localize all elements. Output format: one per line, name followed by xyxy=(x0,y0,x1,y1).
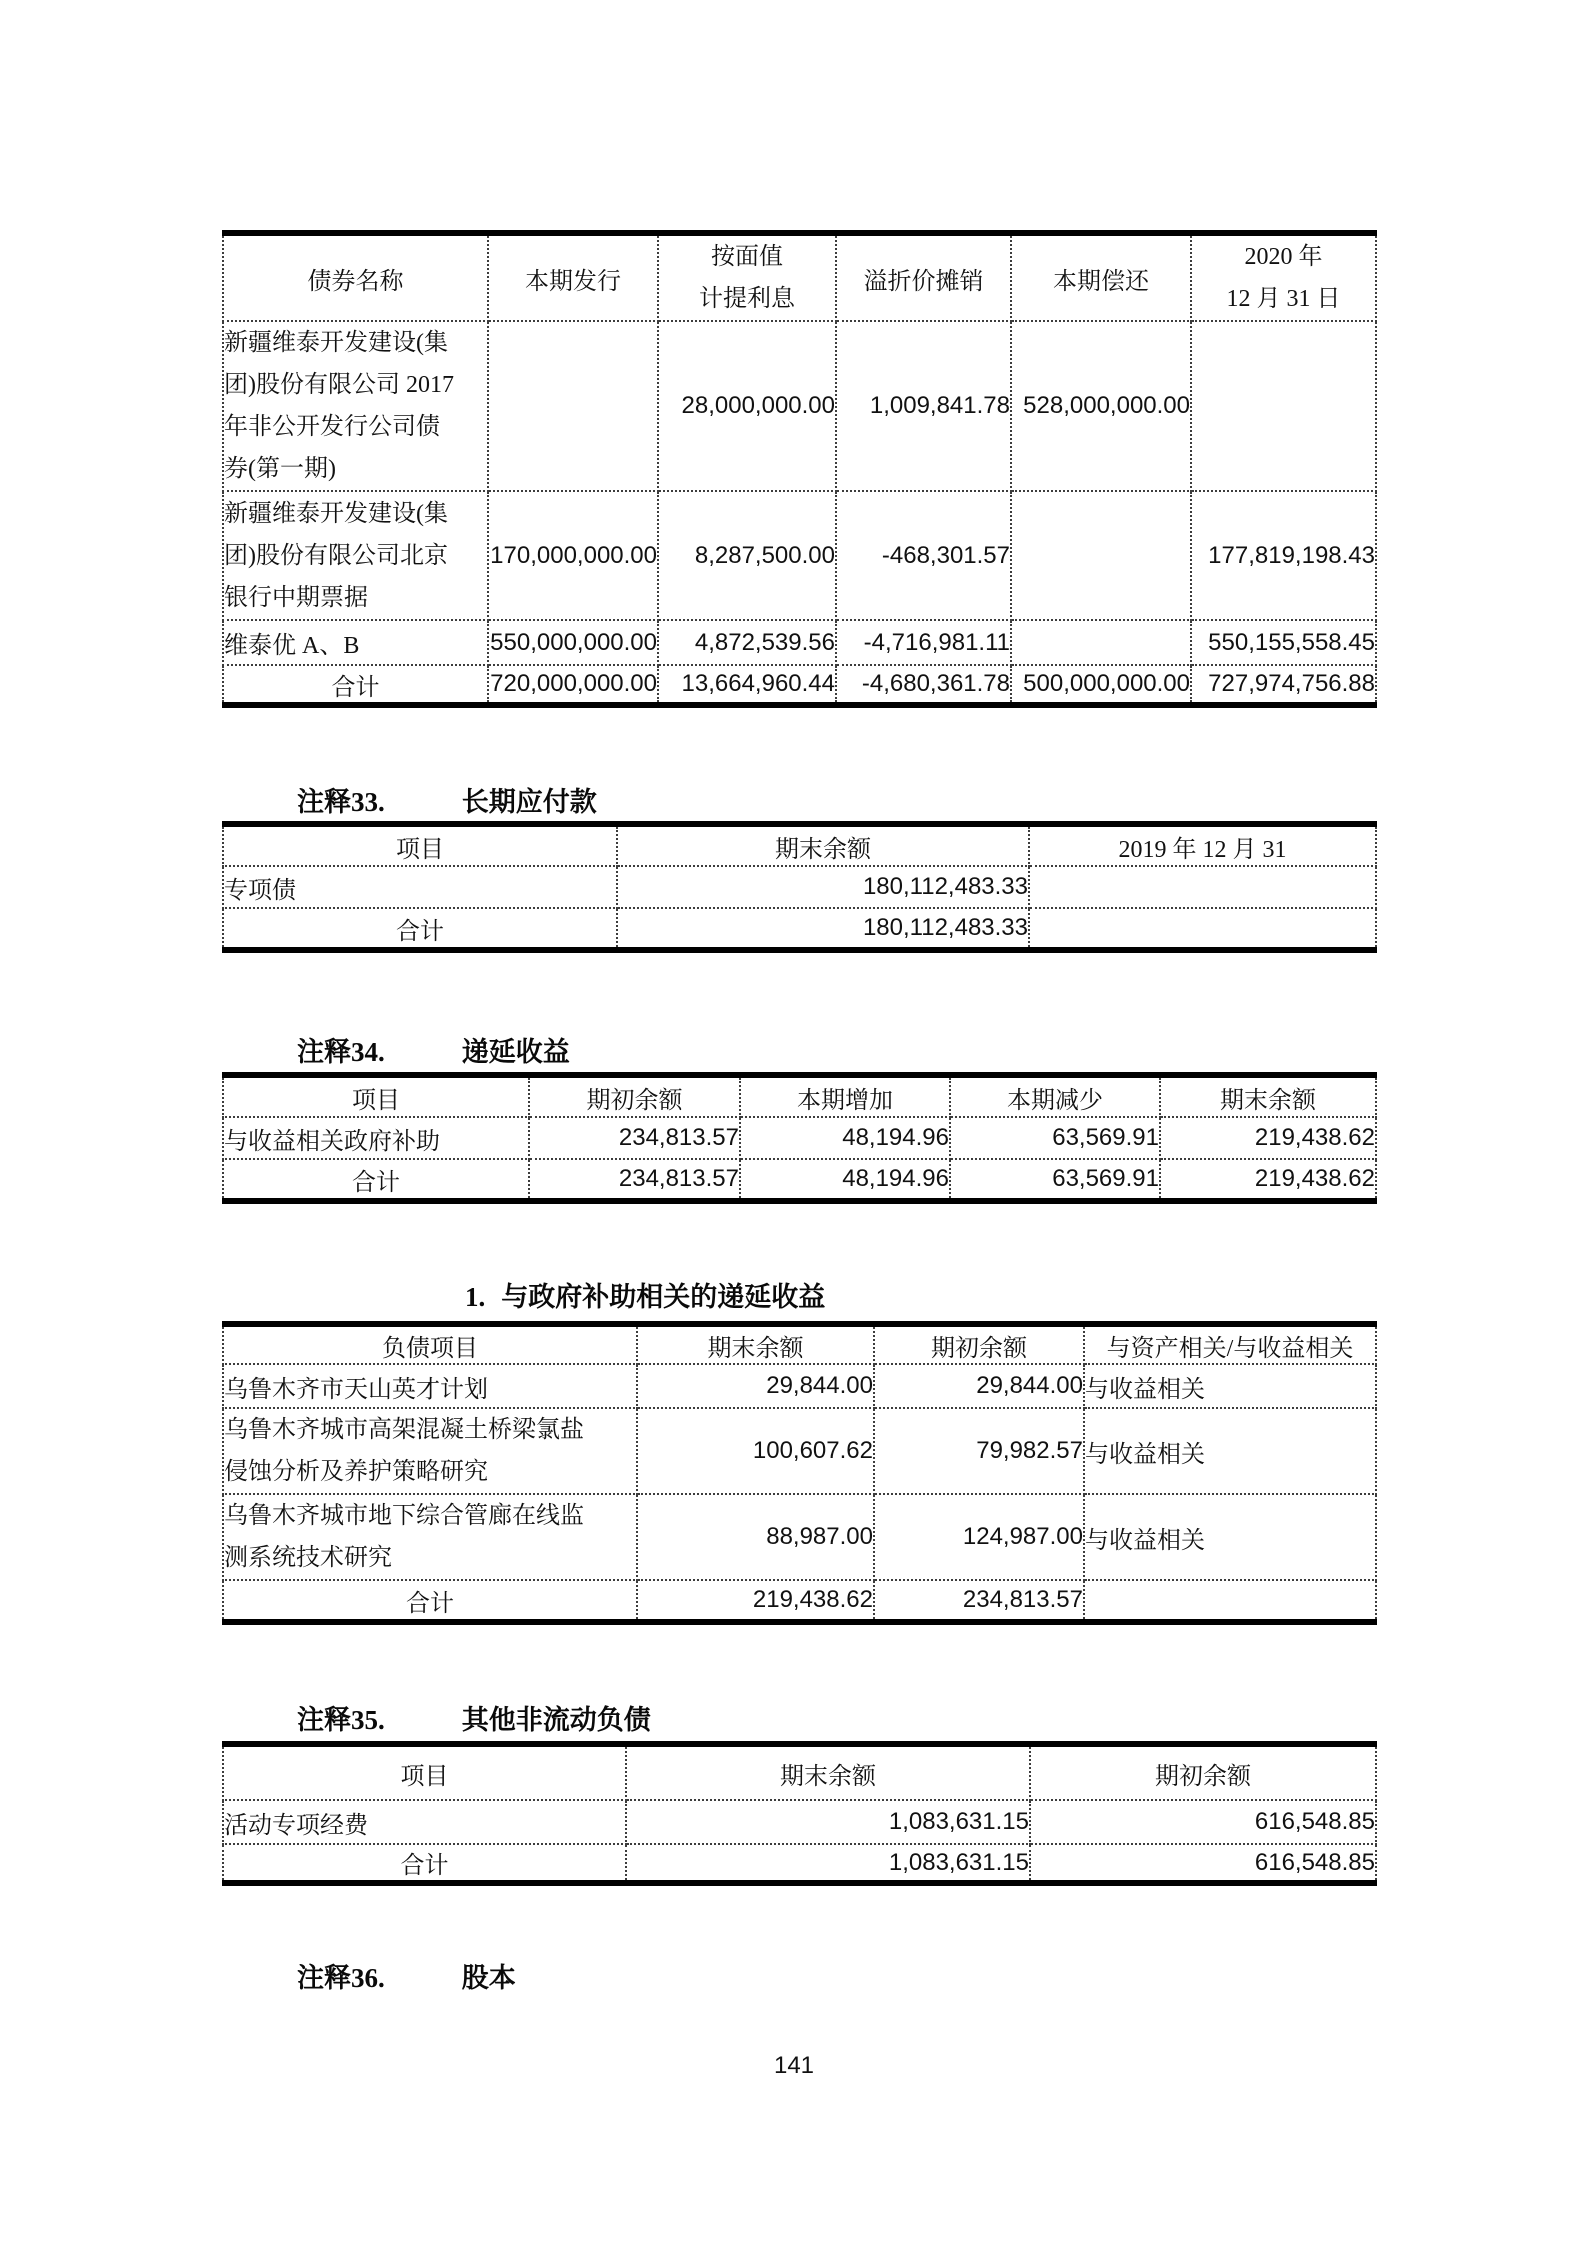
column-header: 期末余额 xyxy=(626,1744,1030,1800)
cell-value: 234,813.57 xyxy=(529,1159,740,1201)
total-row: 合计 234,813.57 48,194.96 63,569.91 219,43… xyxy=(223,1159,1376,1201)
column-header: 本期增加 xyxy=(740,1075,950,1117)
cell-value xyxy=(1029,908,1376,950)
document-page: 债券名称 本期发行 按面值 计提利息 溢折价摊销 本期偿还 2020 年 12 … xyxy=(0,0,1588,2245)
cell-value: 48,194.96 xyxy=(740,1117,950,1159)
subsection-number: 1. xyxy=(465,1282,485,1312)
row-label: 专项债 xyxy=(223,866,617,908)
cell-value xyxy=(488,321,658,491)
section-number: 注释36. xyxy=(297,1963,385,1993)
cell-value: 1,009,841.78 xyxy=(836,321,1011,491)
column-header-line: 12 月 31 日 xyxy=(1192,278,1375,320)
table-header-row: 项目 期末余额 期初余额 xyxy=(223,1744,1376,1800)
cell-value: -4,716,981.11 xyxy=(836,620,1011,665)
row-label: 乌鲁木齐城市高架混凝土桥梁氯盐 侵蚀分析及养护策略研究 xyxy=(223,1408,637,1494)
page-number: 141 xyxy=(0,2052,1588,2080)
row-label: 与收益相关政府补助 xyxy=(223,1117,529,1159)
cell-value xyxy=(1029,866,1376,908)
row-label-line: 新疆维泰开发建设(集 xyxy=(224,493,487,535)
bonds-header-row: 债券名称 本期发行 按面值 计提利息 溢折价摊销 本期偿还 2020 年 12 … xyxy=(223,233,1376,321)
cell-value: 63,569.91 xyxy=(950,1159,1160,1201)
column-header: 溢折价摊销 xyxy=(836,233,1011,321)
total-label: 合计 xyxy=(223,1580,637,1622)
total-label: 合计 xyxy=(223,908,617,950)
row-label: 维泰优 A、B xyxy=(223,620,488,665)
cell-value: 与收益相关 xyxy=(1084,1364,1376,1408)
other-noncurrent-liabilities-table: 项目 期末余额 期初余额 活动专项经费 1,083,631.15 616,548… xyxy=(222,1741,1377,1886)
table-row: 专项债 180,112,483.33 xyxy=(223,866,1376,908)
cell-value: 79,982.57 xyxy=(874,1408,1084,1494)
column-header: 本期偿还 xyxy=(1011,233,1191,321)
table-row: 与收益相关政府补助 234,813.57 48,194.96 63,569.91… xyxy=(223,1117,1376,1159)
column-header: 项目 xyxy=(223,824,617,866)
cell-value: 234,813.57 xyxy=(529,1117,740,1159)
cell-value: 29,844.00 xyxy=(874,1364,1084,1408)
table-row: 新疆维泰开发建设(集 团)股份有限公司北京 银行中期票据 170,000,000… xyxy=(223,491,1376,620)
cell-value: 616,548.85 xyxy=(1030,1800,1376,1844)
cell-value: 180,112,483.33 xyxy=(617,866,1029,908)
column-header: 本期减少 xyxy=(950,1075,1160,1117)
section-title-text: 股本 xyxy=(462,1963,516,1993)
section-title-note33: 注释33.长期应付款 xyxy=(297,782,597,822)
column-header: 期末余额 xyxy=(617,824,1029,866)
cell-value: 48,194.96 xyxy=(740,1159,950,1201)
table-row: 新疆维泰开发建设(集 团)股份有限公司 2017 年非公开发行公司债 券(第一期… xyxy=(223,321,1376,491)
total-label: 合计 xyxy=(223,665,488,705)
section-title-text: 长期应付款 xyxy=(462,787,597,817)
total-row: 合计 1,083,631.15 616,548.85 xyxy=(223,1844,1376,1883)
cell-value: 720,000,000.00 xyxy=(488,665,658,705)
table-row: 乌鲁木齐城市地下综合管廊在线监 测系统技术研究 88,987.00 124,98… xyxy=(223,1494,1376,1580)
table-row: 乌鲁木齐市天山英才计划 29,844.00 29,844.00 与收益相关 xyxy=(223,1364,1376,1408)
section-title-text: 其他非流动负债 xyxy=(462,1705,651,1735)
section-number: 注释33. xyxy=(297,787,385,817)
column-header: 项目 xyxy=(223,1744,626,1800)
table-row: 维泰优 A、B 550,000,000.00 4,872,539.56 -4,7… xyxy=(223,620,1376,665)
cell-value: 124,987.00 xyxy=(874,1494,1084,1580)
deferred-income-table: 项目 期初余额 本期增加 本期减少 期末余额 与收益相关政府补助 234,813… xyxy=(222,1072,1377,1204)
row-label: 新疆维泰开发建设(集 团)股份有限公司 2017 年非公开发行公司债 券(第一期… xyxy=(223,321,488,491)
row-label-line: 团)股份有限公司 2017 xyxy=(224,364,487,406)
table-row: 活动专项经费 1,083,631.15 616,548.85 xyxy=(223,1800,1376,1844)
row-label-line: 乌鲁木齐城市地下综合管廊在线监 xyxy=(224,1495,636,1537)
row-label-line: 团)股份有限公司北京 xyxy=(224,535,487,577)
total-label: 合计 xyxy=(223,1159,529,1201)
column-header: 2020 年 12 月 31 日 xyxy=(1191,233,1376,321)
cell-value: 100,607.62 xyxy=(637,1408,874,1494)
longterm-payables-table: 项目 期末余额 2019 年 12 月 31 专项债 180,112,483.3… xyxy=(222,821,1377,953)
section-title-note34: 注释34.递延收益 xyxy=(297,1032,570,1072)
column-header-line: 2020 年 xyxy=(1192,236,1375,278)
total-label: 合计 xyxy=(223,1844,626,1883)
cell-value: 234,813.57 xyxy=(874,1580,1084,1622)
cell-value xyxy=(1011,491,1191,620)
row-label-line: 年非公开发行公司债 xyxy=(224,406,487,448)
cell-value: 180,112,483.33 xyxy=(617,908,1029,950)
section-title-text: 递延收益 xyxy=(462,1037,570,1067)
cell-value: 1,083,631.15 xyxy=(626,1800,1030,1844)
column-header: 期初余额 xyxy=(1030,1744,1376,1800)
row-label-line: 乌鲁木齐城市高架混凝土桥梁氯盐 xyxy=(224,1409,636,1451)
cell-value: 1,083,631.15 xyxy=(626,1844,1030,1883)
cell-value: 29,844.00 xyxy=(637,1364,874,1408)
cell-value xyxy=(1011,620,1191,665)
row-label-line: 侵蚀分析及养护策略研究 xyxy=(224,1451,636,1493)
row-label: 新疆维泰开发建设(集 团)股份有限公司北京 银行中期票据 xyxy=(223,491,488,620)
section-number: 注释34. xyxy=(297,1037,385,1067)
cell-value: 219,438.62 xyxy=(1160,1159,1376,1201)
column-header: 债券名称 xyxy=(223,233,488,321)
cell-value: 与收益相关 xyxy=(1084,1408,1376,1494)
row-label-line: 新疆维泰开发建设(集 xyxy=(224,322,487,364)
bonds-table: 债券名称 本期发行 按面值 计提利息 溢折价摊销 本期偿还 2020 年 12 … xyxy=(222,230,1377,708)
cell-value: -468,301.57 xyxy=(836,491,1011,620)
cell-value: 与收益相关 xyxy=(1084,1494,1376,1580)
cell-value: 88,987.00 xyxy=(637,1494,874,1580)
section-number: 注释35. xyxy=(297,1705,385,1735)
total-row: 合计 180,112,483.33 xyxy=(223,908,1376,950)
cell-value: 727,974,756.88 xyxy=(1191,665,1376,705)
row-label-line: 券(第一期) xyxy=(224,448,487,490)
column-header: 期初余额 xyxy=(874,1324,1084,1364)
cell-value: 177,819,198.43 xyxy=(1191,491,1376,620)
table-row: 乌鲁木齐城市高架混凝土桥梁氯盐 侵蚀分析及养护策略研究 100,607.62 7… xyxy=(223,1408,1376,1494)
gov-grant-deferred-table: 负债项目 期末余额 期初余额 与资产相关/与收益相关 乌鲁木齐市天山英才计划 2… xyxy=(222,1321,1377,1625)
cell-value: 63,569.91 xyxy=(950,1117,1160,1159)
row-label: 乌鲁木齐市天山英才计划 xyxy=(223,1364,637,1408)
cell-value: 8,287,500.00 xyxy=(658,491,836,620)
column-header: 本期发行 xyxy=(488,233,658,321)
column-header: 负债项目 xyxy=(223,1324,637,1364)
column-header: 期初余额 xyxy=(529,1075,740,1117)
cell-value: 28,000,000.00 xyxy=(658,321,836,491)
section-title-note35: 注释35.其他非流动负债 xyxy=(297,1700,651,1740)
column-header: 项目 xyxy=(223,1075,529,1117)
cell-value: 550,155,558.45 xyxy=(1191,620,1376,665)
cell-value: 500,000,000.00 xyxy=(1011,665,1191,705)
cell-value: 528,000,000.00 xyxy=(1011,321,1191,491)
cell-value xyxy=(1191,321,1376,491)
subsection-title-text: 与政府补助相关的递延收益 xyxy=(501,1282,825,1312)
cell-value xyxy=(1084,1580,1376,1622)
cell-value: 170,000,000.00 xyxy=(488,491,658,620)
table-header-row: 项目 期末余额 2019 年 12 月 31 xyxy=(223,824,1376,866)
row-label: 活动专项经费 xyxy=(223,1800,626,1844)
column-header: 期末余额 xyxy=(1160,1075,1376,1117)
cell-value: 219,438.62 xyxy=(1160,1117,1376,1159)
table-header-row: 项目 期初余额 本期增加 本期减少 期末余额 xyxy=(223,1075,1376,1117)
table-header-row: 负债项目 期末余额 期初余额 与资产相关/与收益相关 xyxy=(223,1324,1376,1364)
cell-value: 616,548.85 xyxy=(1030,1844,1376,1883)
subsection-title: 1.与政府补助相关的递延收益 xyxy=(465,1277,825,1317)
cell-value: 4,872,539.56 xyxy=(658,620,836,665)
row-label-line: 测系统技术研究 xyxy=(224,1537,636,1579)
row-label-line: 银行中期票据 xyxy=(224,577,487,619)
section-title-note36: 注释36.股本 xyxy=(297,1958,516,1998)
row-label: 乌鲁木齐城市地下综合管廊在线监 测系统技术研究 xyxy=(223,1494,637,1580)
cell-value: 550,000,000.00 xyxy=(488,620,658,665)
column-header: 与资产相关/与收益相关 xyxy=(1084,1324,1376,1364)
column-header-line: 按面值 xyxy=(659,236,835,278)
total-row: 合计 219,438.62 234,813.57 xyxy=(223,1580,1376,1622)
cell-value: 219,438.62 xyxy=(637,1580,874,1622)
column-header: 按面值 计提利息 xyxy=(658,233,836,321)
column-header: 期末余额 xyxy=(637,1324,874,1364)
cell-value: -4,680,361.78 xyxy=(836,665,1011,705)
total-row: 合计 720,000,000.00 13,664,960.44 -4,680,3… xyxy=(223,665,1376,705)
column-header-line: 计提利息 xyxy=(659,278,835,320)
cell-value: 13,664,960.44 xyxy=(658,665,836,705)
column-header: 2019 年 12 月 31 xyxy=(1029,824,1376,866)
